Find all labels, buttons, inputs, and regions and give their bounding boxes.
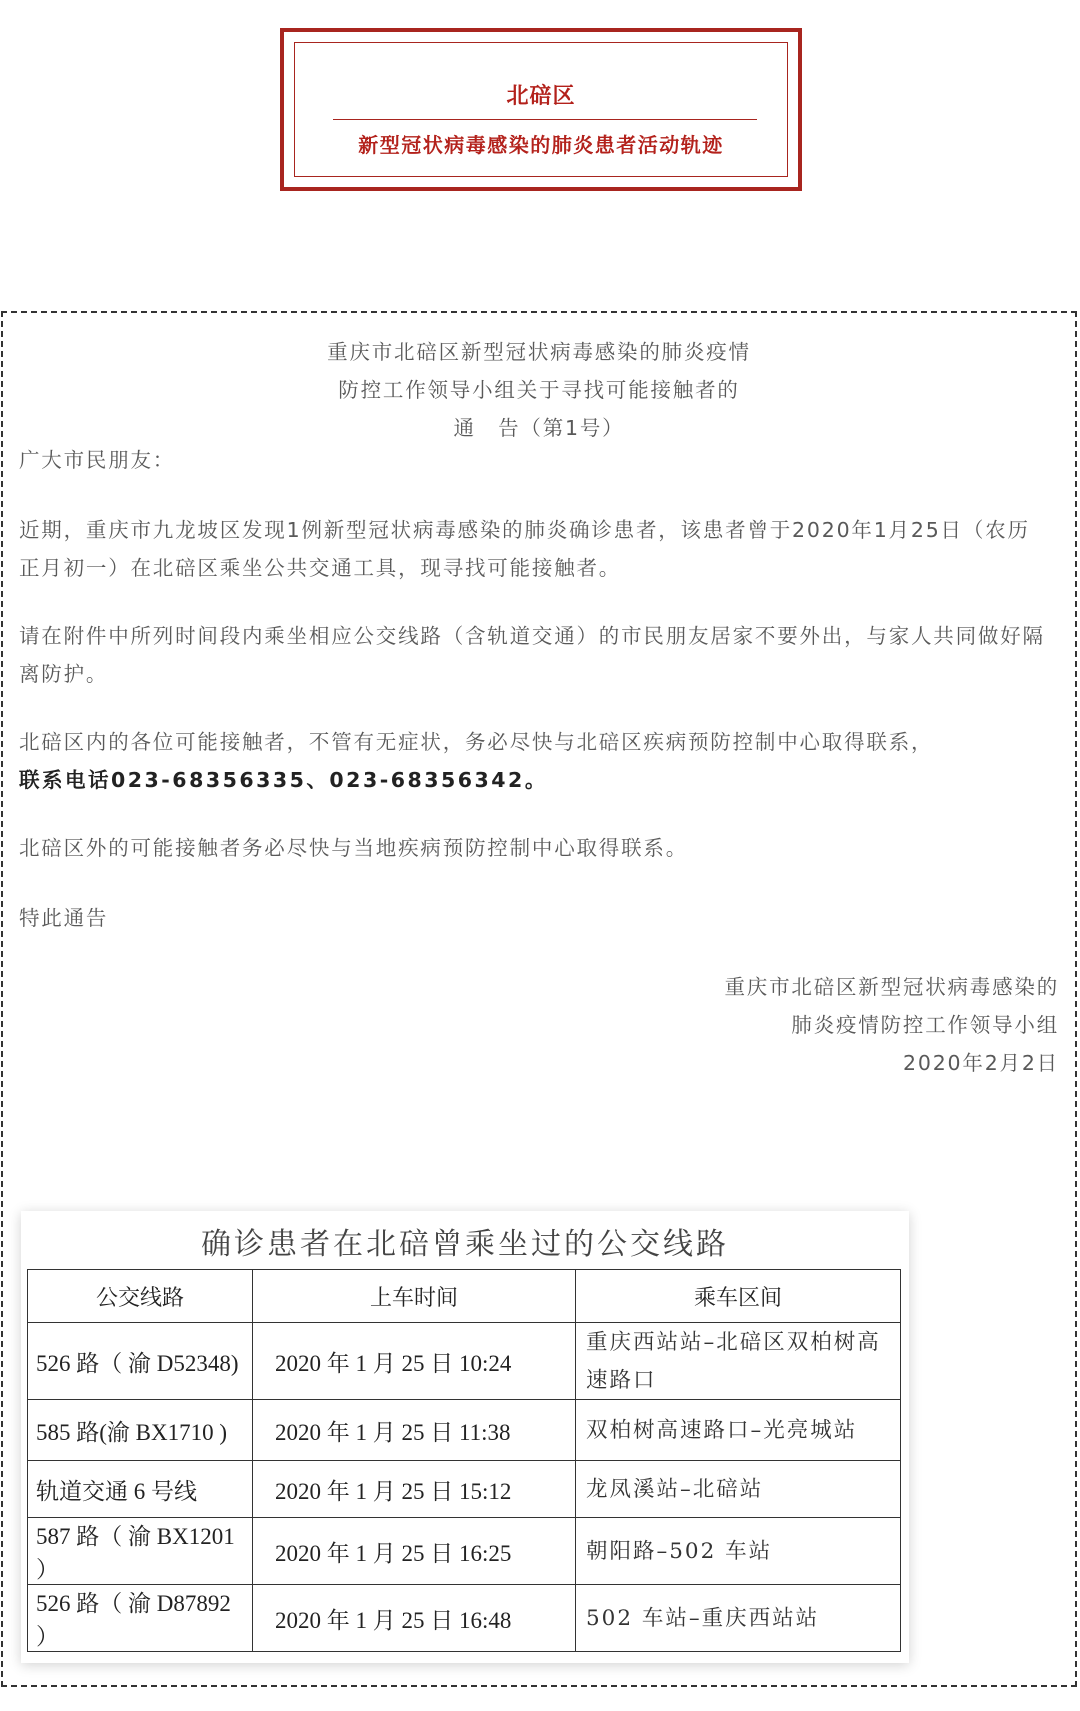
banner-inner-frame: 北碚区 新型冠状病毒感染的肺炎患者活动轨迹 — [294, 42, 788, 177]
segment-cell: 朝阳路–502 车站 — [576, 1518, 901, 1585]
segment-cell: 502 车站–重庆西站站 — [576, 1585, 901, 1652]
contact-phone-numbers: 联系电话023-68356335、023-68356342。 — [19, 768, 548, 792]
segment-text: 双柏树高速路口–光亮城站 — [586, 1418, 857, 1443]
segment-cell: 重庆西站站–北碚区双柏树高速路口 — [576, 1323, 901, 1400]
time-cell: 2020 年 1 月 25 日 10:24 — [253, 1323, 576, 1400]
time-cell: 2020 年 1 月 25 日 15:12 — [253, 1461, 576, 1518]
route-cell: 585 路(渝 BX1710 ) — [28, 1400, 253, 1461]
bus-routes-table: 公交线路 上车时间 乘车区间 526 路（ 渝 D52348) 2020 年 1… — [27, 1269, 901, 1652]
table-row: 587 路（ 渝 BX1201 ） 2020 年 1 月 25 日 16:25 … — [28, 1518, 901, 1585]
notice-frame: 重庆市北碚区新型冠状病毒感染的肺炎疫情 防控工作领导小组关于寻找可能接触者的 通… — [1, 311, 1077, 1687]
time-cell: 2020 年 1 月 25 日 16:25 — [253, 1518, 576, 1585]
banner-title: 北碚区 — [295, 79, 787, 110]
table-row: 526 路（ 渝 D52348) 2020 年 1 月 25 日 10:24 重… — [28, 1323, 901, 1400]
banner-subtitle: 新型冠状病毒感染的肺炎患者活动轨迹 — [295, 129, 787, 158]
table-row: 526 路（ 渝 D87892 ） 2020 年 1 月 25 日 16:48 … — [28, 1585, 901, 1652]
notice-heading: 重庆市北碚区新型冠状病毒感染的肺炎疫情 防控工作领导小组关于寻找可能接触者的 通… — [3, 333, 1075, 447]
notice-heading-line-1: 重庆市北碚区新型冠状病毒感染的肺炎疫情 — [3, 333, 1075, 371]
route-cell: 526 路（ 渝 D52348) — [28, 1323, 253, 1400]
banner-divider — [333, 119, 757, 120]
notice-heading-line-2: 防控工作领导小组关于寻找可能接触者的 — [3, 371, 1075, 409]
time-cell: 2020 年 1 月 25 日 11:38 — [253, 1400, 576, 1461]
time-cell: 2020 年 1 月 25 日 16:48 — [253, 1585, 576, 1652]
signature-org-line-2: 肺炎疫情防控工作领导小组 — [725, 1006, 1060, 1044]
table-header-row: 公交线路 上车时间 乘车区间 — [28, 1270, 901, 1323]
header-boarding-time: 上车时间 — [253, 1270, 576, 1323]
route-cell: 587 路（ 渝 BX1201 ） — [28, 1518, 253, 1585]
signature-org-line-1: 重庆市北碚区新型冠状病毒感染的 — [725, 968, 1060, 1006]
segment-cell: 龙凤溪站–北碚站 — [576, 1461, 901, 1518]
header-route: 公交线路 — [28, 1270, 253, 1323]
segment-text: 龙凤溪站–北碚站 — [586, 1477, 763, 1502]
paragraph-2: 请在附件中所列时间段内乘坐相应公交线路（含轨道交通）的市民朋友居家不要外出，与家… — [19, 617, 1047, 693]
signature-block: 重庆市北碚区新型冠状病毒感染的 肺炎疫情防控工作领导小组 2020年2月2日 — [725, 968, 1060, 1082]
segment-text: 重庆西站站–北碚区双柏树高速路口 — [586, 1330, 881, 1393]
closing-statement: 特此通告 — [19, 899, 1047, 937]
paragraph-3-text: 北碚区内的各位可能接触者，不管有无症状，务必尽快与北碚区疾病预防控制中心取得联系… — [19, 730, 933, 754]
paragraph-1: 近期，重庆市九龙坡区发现1例新型冠状病毒感染的肺炎确诊患者，该患者曾于2020年… — [19, 511, 1047, 587]
bus-routes-table-card: 确诊患者在北碚曾乘坐过的公交线路 公交线路 上车时间 乘车区间 526 路（ 渝… — [21, 1211, 909, 1663]
paragraph-3: 北碚区内的各位可能接触者，不管有无症状，务必尽快与北碚区疾病预防控制中心取得联系… — [19, 723, 1047, 799]
route-cell: 轨道交通 6 号线 — [28, 1461, 253, 1518]
signature-date: 2020年2月2日 — [725, 1044, 1060, 1082]
segment-text: 朝阳路–502 车站 — [586, 1539, 772, 1564]
route-cell: 526 路（ 渝 D87892 ） — [28, 1585, 253, 1652]
table-title: 确诊患者在北碚曾乘坐过的公交线路 — [21, 1219, 909, 1263]
table-row: 585 路(渝 BX1710 ) 2020 年 1 月 25 日 11:38 双… — [28, 1400, 901, 1461]
salutation: 广大市民朋友： — [19, 441, 1047, 479]
table-row: 轨道交通 6 号线 2020 年 1 月 25 日 15:12 龙凤溪站–北碚站 — [28, 1461, 901, 1518]
segment-text: 502 车站–重庆西站站 — [586, 1606, 819, 1631]
paragraph-4: 北碚区外的可能接触者务必尽快与当地疾病预防控制中心取得联系。 — [19, 829, 1047, 867]
header-segment: 乘车区间 — [576, 1270, 901, 1323]
header-banner: 北碚区 新型冠状病毒感染的肺炎患者活动轨迹 — [280, 28, 802, 191]
segment-cell: 双柏树高速路口–光亮城站 — [576, 1400, 901, 1461]
